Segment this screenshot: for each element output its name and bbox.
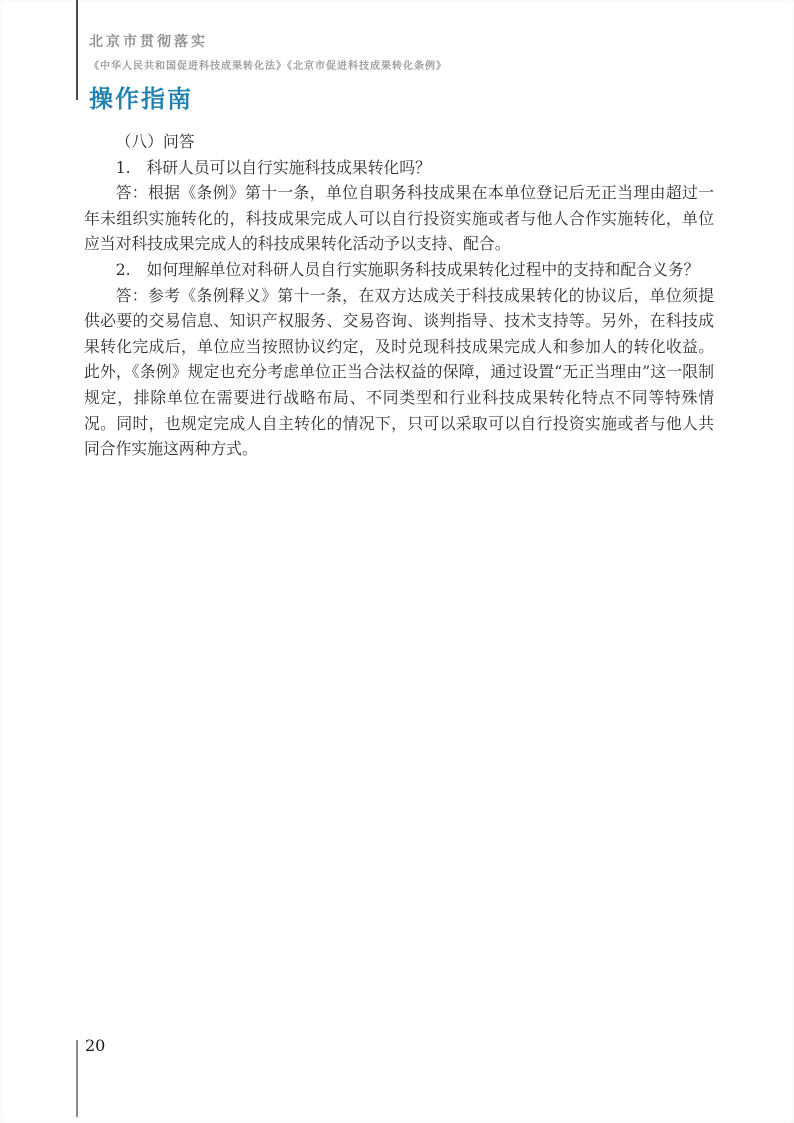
section-heading: （八）问答 — [84, 129, 714, 155]
header-kicker: 北京市贯彻落实 — [89, 31, 447, 51]
page-title: 操作指南 — [89, 79, 447, 114]
page-number: 20 — [85, 1036, 105, 1055]
question-2: 2. 如何理解单位对科研人员自行实施职务科技成果转化过程中的支持和配合义务？ — [84, 257, 714, 283]
footer-vertical-rule — [76, 1040, 78, 1117]
header-vertical-rule — [76, 0, 78, 100]
answer-1: 答：根据《条例》第十一条，单位自职务科技成果在本单位登记后无正当理由超过一年未组… — [84, 180, 714, 257]
header-subtitle: 《中华人民共和国促进科技成果转化法》《北京市促进科技成果转化条例》 — [89, 57, 447, 72]
document-page: 北京市贯彻落实 《中华人民共和国促进科技成果转化法》《北京市促进科技成果转化条例… — [0, 0, 794, 1123]
document-body: （八）问答 1. 科研人员可以自行实施科技成果转化吗？ 答：根据《条例》第十一条… — [84, 129, 714, 462]
answer-2: 答：参考《条例释义》第十一条，在双方达成关于科技成果转化的协议后，单位须提供必要… — [84, 283, 714, 462]
question-1: 1. 科研人员可以自行实施科技成果转化吗？ — [84, 155, 714, 181]
page-header: 北京市贯彻落实 《中华人民共和国促进科技成果转化法》《北京市促进科技成果转化条例… — [89, 31, 447, 114]
